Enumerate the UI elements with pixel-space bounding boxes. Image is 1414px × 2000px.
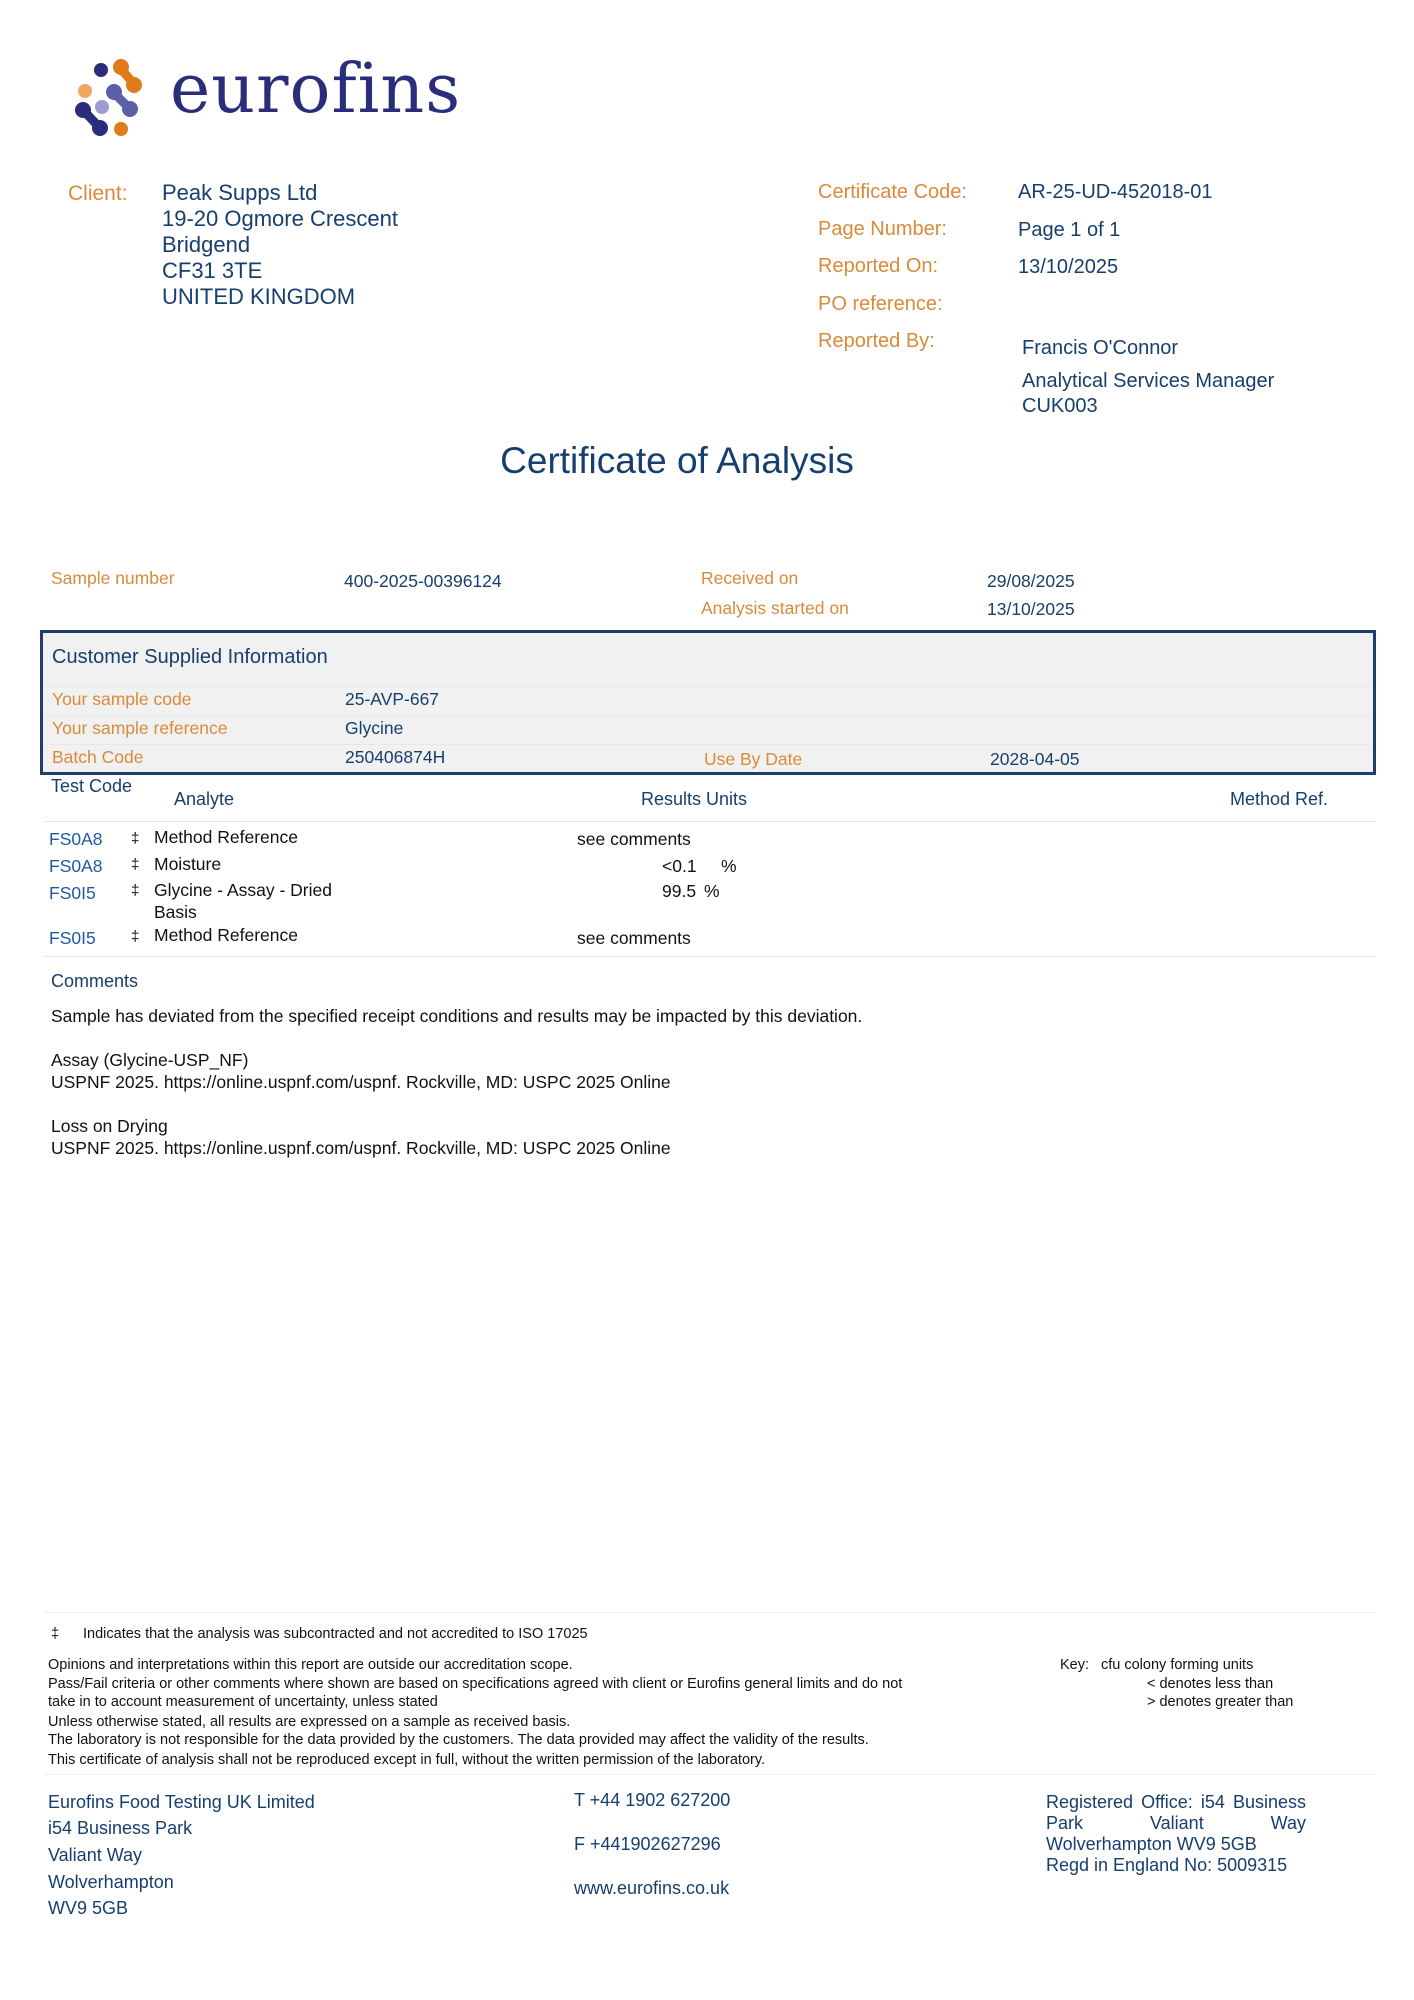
divider <box>46 686 1370 687</box>
result: see comments <box>577 829 691 850</box>
reported-by-code: CUK003 <box>1022 395 1098 418</box>
dagger-note: Indicates that the analysis was subcontr… <box>83 1625 588 1643</box>
disclaimer-line: The laboratory is not responsible for th… <box>48 1731 869 1749</box>
eurofins-logo: eurofins <box>74 58 474 138</box>
footer-divider <box>44 1774 1376 1775</box>
reported-by-label: Reported By: <box>818 330 935 353</box>
analyte: Method Reference <box>154 925 298 946</box>
key-item: < denotes less than <box>1147 1675 1273 1693</box>
reported-on-label: Reported On: <box>818 255 938 278</box>
use-by-date-value: 2028-04-05 <box>990 749 1080 770</box>
comment-lod-reference: USPNF 2025. https://online.uspnf.com/usp… <box>51 1138 671 1159</box>
company-name: Eurofins Food Testing UK Limited <box>48 1792 315 1813</box>
po-reference-label: PO reference: <box>818 293 943 316</box>
registration-number: Regd in England No: 5009315 <box>1046 1855 1287 1876</box>
sample-reference-label: Your sample reference <box>52 718 227 739</box>
certificate-code-value: AR-25-UD-452018-01 <box>1018 181 1213 204</box>
batch-code-label: Batch Code <box>52 747 143 768</box>
website-link[interactable]: www.eurofins.co.uk <box>574 1878 729 1899</box>
phone-number: T +44 1902 627200 <box>574 1790 730 1811</box>
comment-assay-reference: USPNF 2025. https://online.uspnf.com/usp… <box>51 1072 671 1093</box>
comments-heading: Comments <box>51 971 138 992</box>
customer-info-heading: Customer Supplied Information <box>52 646 328 669</box>
sample-reference-value: Glycine <box>345 718 403 739</box>
reported-on-value: 13/10/2025 <box>1018 256 1118 279</box>
analysis-started-value: 13/10/2025 <box>987 599 1075 620</box>
test-code: FS0I5 <box>49 928 96 949</box>
subcontracted-flag: ‡ <box>131 928 139 945</box>
eurofins-molecule-icon <box>74 58 154 138</box>
analyte: Glycine - Assay - Dried <box>154 880 332 901</box>
batch-code-value: 250406874H <box>345 747 445 768</box>
disclaimer-line: Pass/Fail criteria or other comments whe… <box>48 1675 902 1693</box>
brand-wordmark: eurofins <box>170 50 461 129</box>
header-analyte: Analyte <box>174 789 234 810</box>
table-bottom-divider <box>44 956 1376 957</box>
certificate-code-label: Certificate Code: <box>818 181 967 204</box>
company-address-line: Valiant Way <box>48 1845 142 1866</box>
sample-number-label: Sample number <box>51 568 175 589</box>
key-item: > denotes greater than <box>1147 1693 1293 1711</box>
test-code: FS0A8 <box>49 856 103 877</box>
table-header-divider <box>44 821 1376 822</box>
received-on-value: 29/08/2025 <box>987 571 1075 592</box>
divider <box>46 715 1370 716</box>
company-address-line: i54 Business Park <box>48 1818 192 1839</box>
company-address-line: WV9 5GB <box>48 1898 128 1919</box>
comment-deviation: Sample has deviated from the specified r… <box>51 1006 862 1027</box>
unit: % <box>704 881 720 902</box>
registered-office-address: Registered Office: i54 Business Park Val… <box>1046 1792 1306 1854</box>
header-method-ref: Method Ref. <box>1230 789 1328 810</box>
client-name: Peak Supps Ltd <box>162 180 398 206</box>
page-number-label: Page Number: <box>818 218 947 241</box>
fax-number: F +441902627296 <box>574 1834 721 1855</box>
unit: % <box>721 856 737 877</box>
header-results-units: Results Units <box>641 789 747 810</box>
divider <box>46 744 1370 745</box>
client-street: 19-20 Ogmore Crescent <box>162 206 398 232</box>
key-item: cfu colony forming units <box>1101 1656 1253 1674</box>
comment-lod-title: Loss on Drying <box>51 1116 168 1137</box>
analyte-continuation: Basis <box>154 902 197 923</box>
disclaimer-line: Opinions and interpretations within this… <box>48 1656 573 1674</box>
key-label: Key: <box>1060 1656 1089 1674</box>
disclaimer-line: Unless otherwise stated, all results are… <box>48 1713 570 1731</box>
sample-code-label: Your sample code <box>52 689 191 710</box>
result: see comments <box>577 928 691 949</box>
use-by-date-label: Use By Date <box>704 749 802 770</box>
sample-code-value: 25-AVP-667 <box>345 689 439 710</box>
analyte: Moisture <box>154 854 221 875</box>
disclaimer-line: This certificate of analysis shall not b… <box>48 1751 765 1769</box>
client-town: Bridgend <box>162 232 398 258</box>
received-on-label: Received on <box>701 568 798 589</box>
result: <0.1 <box>662 856 697 877</box>
header-test-code: Test Code <box>51 776 132 797</box>
disclaimer-line: take in to account measurement of uncert… <box>48 1693 438 1711</box>
client-label: Client: <box>68 182 128 206</box>
dagger-symbol: ‡ <box>51 1625 59 1643</box>
reported-by-name: Francis O'Connor <box>1022 337 1178 360</box>
registered-office: Registered Office: i54 Business Park Val… <box>1046 1792 1306 1855</box>
test-code: FS0I5 <box>49 883 96 904</box>
client-postcode: CF31 3TE <box>162 258 398 284</box>
footnote-divider <box>44 1612 1376 1613</box>
sample-number-value: 400-2025-00396124 <box>344 571 502 592</box>
analyte: Method Reference <box>154 827 298 848</box>
subcontracted-flag: ‡ <box>131 882 139 899</box>
result: 99.5 <box>662 881 696 902</box>
page-title: Certificate of Analysis <box>0 440 1354 482</box>
page-number-value: Page 1 of 1 <box>1018 219 1120 242</box>
analysis-started-label: Analysis started on <box>701 598 849 619</box>
client-address: Peak Supps Ltd 19-20 Ogmore Crescent Bri… <box>162 180 398 310</box>
test-code: FS0A8 <box>49 829 103 850</box>
subcontracted-flag: ‡ <box>131 856 139 873</box>
client-country: UNITED KINGDOM <box>162 284 398 310</box>
reported-by-role: Analytical Services Manager <box>1022 370 1274 393</box>
subcontracted-flag: ‡ <box>131 830 139 847</box>
customer-supplied-info-box: Customer Supplied Information Your sampl… <box>40 630 1376 775</box>
comment-assay-title: Assay (Glycine-USP_NF) <box>51 1050 248 1071</box>
company-address-line: Wolverhampton <box>48 1872 174 1893</box>
